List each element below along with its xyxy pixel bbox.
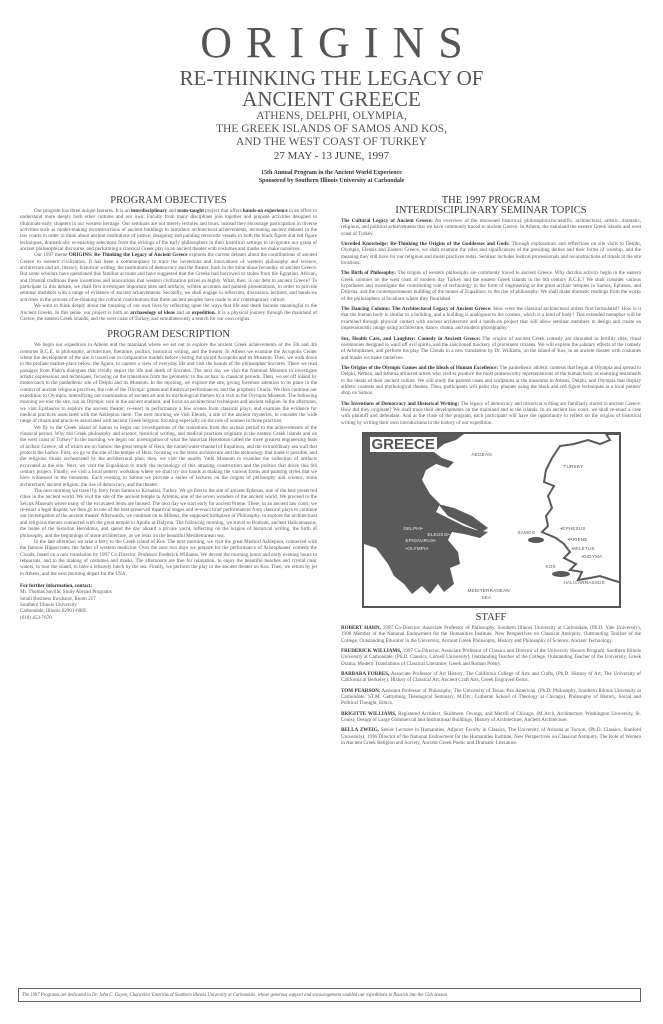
objectives-paragraph: We want to think deeply about the meanin… — [20, 303, 317, 322]
map-label-delphi: DELPHI• — [404, 526, 424, 532]
destinations-line: THE GREEK ISLANDS OF SAMOS AND KOS, — [0, 123, 663, 136]
map-label-mediterranean: MEDITERRANEAN — [468, 588, 510, 594]
seminar-topic: Unveiled Knowledge: Re-Thinking the Orig… — [341, 241, 641, 266]
map-label-sea: SEA — [482, 595, 492, 601]
map-label-kos: KOS — [546, 564, 556, 570]
left-column: PROGRAM OBJECTIVES Our program has three… — [20, 196, 317, 621]
program-dates: 27 MAY - 13 JUNE, 1997 — [0, 150, 663, 162]
staff-heading: STAFF — [341, 613, 641, 623]
map-label-miletus: •MILETUS — [572, 546, 595, 552]
map-label-turkey: TURKEY — [564, 464, 584, 470]
description-paragraph: In the late afternoon we take a ferry to… — [20, 539, 317, 577]
staff-member: ROBERT HAHN, 1997 Co-Director, Associate… — [341, 625, 641, 644]
description-heading: PROGRAM DESCRIPTION — [20, 330, 317, 340]
description-paragraph: We fly to the Greek island of Samos to b… — [20, 425, 317, 488]
description-paragraph: We begin our expedition in Athens and th… — [20, 342, 317, 424]
destinations: ATHENS, DELPHI, OLYMPIA, THE GREEK ISLAN… — [0, 110, 663, 149]
destinations-line: ATHENS, DELPHI, OLYMPIA, — [0, 110, 663, 123]
map-label-epidaurus: EPIDAURUS• — [406, 538, 436, 544]
page-title: ORIGINS — [0, 20, 663, 66]
seminar-topic: The Cultural Legacy of Ancient Greece: A… — [341, 218, 641, 237]
objectives-paragraph: Our program has three unique features. I… — [20, 208, 317, 252]
map-label-samos: SAMOS — [518, 530, 536, 536]
map-label-olympia: •OLYMPIA — [406, 546, 429, 552]
greece-map: GREECE AEGEAN TURKEY DELPHI• ELEUSIS• EP… — [362, 432, 621, 608]
seminar-topic: The Origins of the Olympic Games and the… — [341, 365, 641, 397]
subtitle-line: RE-THINKING THE LEGACY OF — [0, 68, 663, 89]
objectives-paragraph: Our 1997 theme ORIGINS: Re-Thinking the … — [20, 252, 317, 303]
right-column: THE 1997 PROGRAM INTERDISCIPLINARY SEMIN… — [341, 196, 641, 750]
sponsor-line: 15th Annual Program in the Ancient World… — [0, 170, 663, 178]
staff-member: FREDERICK WILLIAMS, 1997 Co-Director, As… — [341, 648, 641, 667]
staff-member: BRIGITTE WILLIAMS, Registered Architect,… — [341, 711, 641, 724]
objectives-heading: PROGRAM OBJECTIVES — [20, 196, 317, 206]
seminar-topic: The Birth of Philosophy: The origins of … — [341, 270, 641, 302]
contact-phone: (618) 453-7670 — [20, 615, 317, 621]
seminar-topic: Sex, Health Care, and Laughter: Comedy i… — [341, 336, 641, 361]
contact-block: For further information, contact: Mr. Th… — [20, 583, 317, 621]
map-label-priene: •PRIENE — [568, 537, 588, 543]
staff-member: BARBARA FORBES, Associate Professor of A… — [341, 671, 641, 684]
staff-member: BELLA ZWEIG, Senior Lecturer in Humaniti… — [341, 727, 641, 746]
map-label-didyma: •DIDYMA — [582, 554, 603, 560]
brochure-page: ORIGINS RE-THINKING THE LEGACY OF ANCIEN… — [0, 0, 663, 1024]
staff-member: TOM PEARSON, Assistant Professor of Phil… — [341, 688, 641, 707]
description-paragraph: The next morning we travel by ferry from… — [20, 488, 317, 539]
map-label-halicarnassus: HALICARNASSUS — [564, 580, 605, 586]
seminar-subheading: INTERDISCIPLINARY SEMINAR TOPICS — [341, 206, 641, 216]
map-label-ephesus: •EPHESUS — [561, 526, 586, 532]
seminar-topic: The Inventions of Democracy and Historic… — [341, 401, 641, 426]
destinations-line: AND THE WEST COAST OF TURKEY — [0, 136, 663, 149]
subtitle-line: ANCIENT GREECE — [0, 89, 663, 110]
map-label-aegean: AEGEAN — [472, 452, 492, 458]
seminar-topic: The Dancing Column: The Architectural Le… — [341, 306, 641, 331]
dedication-box: The 1997 Programs are dedicated to Dr. J… — [18, 988, 641, 1002]
sponsor-line: Sponsored by Southern Illinois Universit… — [0, 178, 663, 186]
sponsor-info: 15th Annual Program in the Ancient World… — [0, 170, 663, 185]
map-title: GREECE — [370, 437, 437, 452]
page-subtitle: RE-THINKING THE LEGACY OF ANCIENT GREECE — [0, 68, 663, 110]
